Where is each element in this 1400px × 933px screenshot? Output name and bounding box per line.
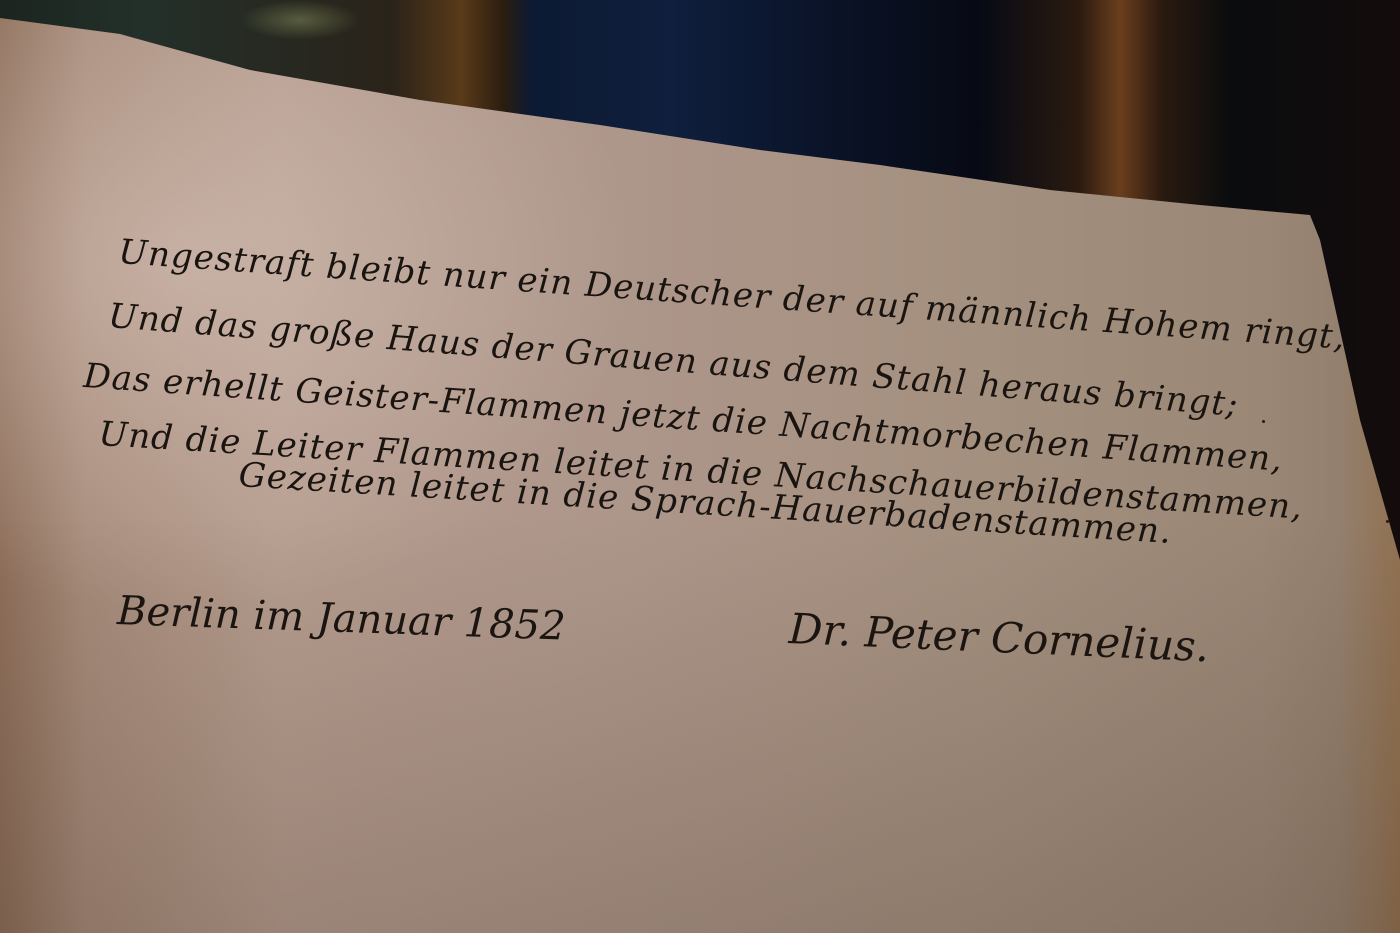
- poem-line-5: Gezeiten leitet in die Sprach-Hauerbaden…: [238, 455, 1173, 552]
- signature: Dr. Peter Cornelius.: [788, 604, 1210, 671]
- poem-line-2: Und das große Haus der Grauen aus dem St…: [107, 296, 1240, 425]
- background-light: [240, 0, 360, 40]
- ink-fleck: [1386, 520, 1389, 523]
- place-date: Berlin im Januar 1852: [116, 588, 566, 650]
- poem-line-1: Ungestraft bleibt nur ein Deutscher der …: [117, 232, 1347, 358]
- poem-line-4: Und die Leiter Flammen leitet in die Nac…: [98, 414, 1304, 528]
- ink-fleck: [1262, 420, 1265, 423]
- poem-line-3: Das erhellt Geister-Flammen jetzt die Na…: [82, 356, 1284, 480]
